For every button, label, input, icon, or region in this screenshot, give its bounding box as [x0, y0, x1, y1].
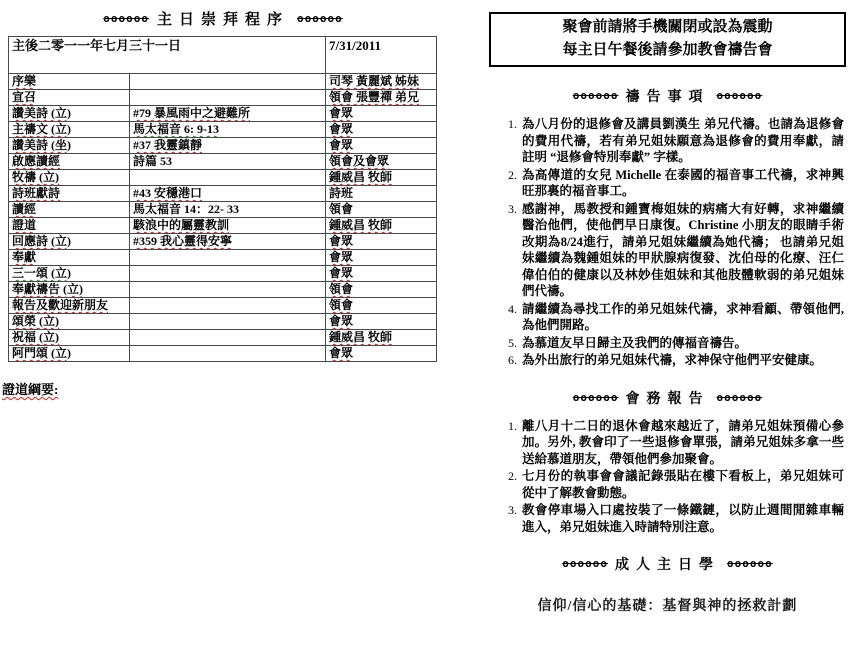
cell-item: 奉獻 [9, 250, 130, 266]
cell-detail [130, 74, 326, 90]
section-heading: oooooo禱告事項oooooo [489, 86, 846, 106]
cell-detail [130, 314, 326, 330]
cell-detail: #37 我靈鎮靜 [130, 138, 326, 154]
program-rows: 主後二零一一年七月三十一日 7/31/2011 序樂司琴 黃麗斌 姊妹宣召領會 … [9, 37, 437, 362]
cell-detail [130, 346, 326, 362]
table-row: 牧禱 (立)鍾威昌 牧師 [9, 170, 437, 186]
notice-line-1: 聚會前請將手機關閉或設為震動 [493, 16, 842, 39]
cell-item: 阿門頌 (立) [9, 346, 130, 362]
chain-ornament-icon: oooooo [562, 557, 608, 570]
chain-ornament-icon: oooooo [573, 391, 619, 404]
cell-who: 領會及會眾 [326, 154, 437, 170]
chain-ornament-icon: oooooo [717, 89, 763, 102]
cell-item: 序樂 [9, 74, 130, 90]
cell-who: 會眾 [326, 314, 437, 330]
cell-detail: #79 暴風雨中之避難所 [130, 106, 326, 122]
cell-detail [130, 298, 326, 314]
cell-who: 會眾 [326, 346, 437, 362]
cell-detail: 馬太福音 6: 9-13 [130, 122, 326, 138]
chain-ornament-icon: oooooo [717, 391, 763, 404]
program-title-row: oooooo主日崇拜程序oooooo [8, 8, 438, 29]
table-row: 詩班獻詩#43 安穩港口詩班 [9, 186, 437, 202]
cell-item: 啟應讀經 [9, 154, 130, 170]
table-row: 頌榮 (立)會眾 [9, 314, 437, 330]
table-row: 宣召領會 張豐禪 弟兄 [9, 90, 437, 106]
table-row: 報告及歡迎新朋友領會 [9, 298, 437, 314]
table-row: 證道駭浪中的屬靈教訓鍾威昌 牧師 [9, 218, 437, 234]
announcements-panel: 聚會前請將手機關閉或設為震動 每主日午餐後請參加教會禱告會 oooooo禱告事項… [489, 12, 846, 615]
cell-detail: 馬太福音 14：22- 33 [130, 202, 326, 218]
cell-who: 會眾 [326, 250, 437, 266]
program-title: 主日崇拜程序 [157, 12, 289, 28]
list-item: 為慕道友早日歸主及我們的傳福音禱告。 [520, 335, 844, 352]
notice-line-2: 每主日午餐後請參加教會禱告會 [493, 39, 842, 62]
cell-item: 宣召 [9, 90, 130, 106]
cell-item: 牧禱 (立) [9, 170, 130, 186]
cell-who: 司琴 黃麗斌 姊妹 [326, 74, 437, 90]
chain-ornament-icon: oooooo [727, 557, 773, 570]
chain-ornament-icon: oooooo [573, 89, 619, 102]
cell-who: 會眾 [326, 106, 437, 122]
cell-item: 回應詩 (立) [9, 234, 130, 250]
cell-who: 領會 [326, 202, 437, 218]
cell-who: 會眾 [326, 234, 437, 250]
list-item: 為八月份的退修會及講員劉漢生 弟兄代禱。也請為退修會的費用代禱，若有弟兄姐妹願意… [520, 116, 844, 166]
list-item: 離八月十二日的退休會越來越近了，請弟兄姐妹預備心參加。另外, 教會印了一些退修會… [520, 418, 844, 468]
section-list: 離八月十二日的退休會越來越近了，請弟兄姐妹預備心參加。另外, 教會印了一些退修會… [489, 418, 846, 536]
cell-detail [130, 90, 326, 106]
cell-detail [130, 266, 326, 282]
section-heading: oooooo成人主日學oooooo [489, 554, 846, 574]
list-item: 請繼續為尋找工作的弟兄姐妹代禱，求神看顧、帶領他們, 為他們開路。 [520, 301, 844, 334]
list-item: 感謝神，馬教授和鍾寶梅姐妹的病痛大有好轉，求神繼續醫治他們，使他們早日康復。Ch… [520, 201, 844, 300]
cell-item: 詩班獻詩 [9, 186, 130, 202]
cell-who: 領會 [326, 298, 437, 314]
cell-who: 詩班 [326, 186, 437, 202]
right-sections: oooooo禱告事項oooooo為八月份的退修會及講員劉漢生 弟兄代禱。也請為退… [489, 86, 846, 615]
cell-item: 祝福 (立) [9, 330, 130, 346]
cell-detail: 詩篇 53 [130, 154, 326, 170]
table-row: 啟應讀經詩篇 53領會及會眾 [9, 154, 437, 170]
cell-who: 會眾 [326, 138, 437, 154]
sermon-outline-label: 證道綱要: [2, 379, 438, 398]
cell-item: 主禱文 (立) [9, 122, 130, 138]
cell-item: 讚美詩 (坐) [9, 138, 130, 154]
table-row: 三一頌 (立)會眾 [9, 266, 437, 282]
section-title: 禱告事項 [626, 90, 710, 105]
sunday-school-topic: 信仰/信心的基礎：基督與神的拯救計劃 [489, 595, 846, 615]
cell-item: 讚美詩 (立) [9, 106, 130, 122]
cell-who: 會眾 [326, 122, 437, 138]
chain-ornament-icon: oooooo [297, 12, 343, 25]
table-row: 阿門頌 (立)會眾 [9, 346, 437, 362]
bulletin-page: oooooo主日崇拜程序oooooo 主後二零一一年七月三十一日 7/31/20… [0, 0, 851, 651]
cell-detail [130, 170, 326, 186]
cell-who: 鍾威昌 牧師 [326, 170, 437, 186]
cell-item: 讀經 [9, 202, 130, 218]
table-row: 祝福 (立)鍾威昌 牧師 [9, 330, 437, 346]
cell-detail [130, 250, 326, 266]
chain-ornament-icon: oooooo [103, 12, 149, 25]
table-row: 主禱文 (立)馬太福音 6: 9-13會眾 [9, 122, 437, 138]
table-row: 回應詩 (立)#359 我心靈得安寧會眾 [9, 234, 437, 250]
notice-box: 聚會前請將手機關閉或設為震動 每主日午餐後請參加教會禱告會 [489, 12, 846, 67]
section-heading: oooooo會務報告oooooo [489, 388, 846, 408]
list-item: 為外出旅行的弟兄姐妹代禱，求神保守他們平安健康。 [520, 352, 844, 369]
table-row: 序樂司琴 黃麗斌 姊妹 [9, 74, 437, 90]
table-row: 讚美詩 (坐)#37 我靈鎮靜會眾 [9, 138, 437, 154]
cell-who: 會眾 [326, 266, 437, 282]
section-list: 為八月份的退修會及講員劉漢生 弟兄代禱。也請為退修會的費用代禱，若有弟兄姐妹願意… [489, 116, 846, 369]
list-item: 七月份的執事會會議記錄張貼在樓下看板上，弟兄姐妹可從中了解教會動態。 [520, 468, 844, 501]
list-item: 教會停車場入口處按裝了一條鐵鏈，以防止週間閒雜車輛進入，弟兄姐妹進入時請特別注意… [520, 502, 844, 535]
cell-item: 證道 [9, 218, 130, 234]
section-title: 成人主日學 [615, 558, 720, 573]
cell-detail: #43 安穩港口 [130, 186, 326, 202]
cell-detail [130, 282, 326, 298]
cell-who: 鍾威昌 牧師 [326, 330, 437, 346]
cell-detail: #359 我心靈得安寧 [130, 234, 326, 250]
table-row: 讚美詩 (立)#79 暴風雨中之避難所會眾 [9, 106, 437, 122]
date-english-cell: 7/31/2011 [326, 37, 437, 74]
table-header-row: 主後二零一一年七月三十一日 7/31/2011 [9, 37, 437, 74]
cell-item: 三一頌 (立) [9, 266, 130, 282]
table-row: 奉獻會眾 [9, 250, 437, 266]
cell-item: 奉獻禱告 (立) [9, 282, 130, 298]
cell-detail: 駭浪中的屬靈教訓 [130, 218, 326, 234]
cell-who: 鍾威昌 牧師 [326, 218, 437, 234]
table-row: 讀經馬太福音 14：22- 33領會 [9, 202, 437, 218]
list-item: 為高傳道的女兒 Michelle 在泰國的福音事工代禱，求神興旺那裏的福音事工。 [520, 167, 844, 200]
date-chinese-cell: 主後二零一一年七月三十一日 [9, 37, 326, 74]
cell-who: 領會 [326, 282, 437, 298]
program-table: 主後二零一一年七月三十一日 7/31/2011 序樂司琴 黃麗斌 姊妹宣召領會 … [8, 36, 437, 362]
cell-item: 報告及歡迎新朋友 [9, 298, 130, 314]
cell-who: 領會 張豐禪 弟兄 [326, 90, 437, 106]
cell-detail [130, 330, 326, 346]
section-title: 會務報告 [626, 392, 710, 407]
cell-item: 頌榮 (立) [9, 314, 130, 330]
worship-program-panel: oooooo主日崇拜程序oooooo 主後二零一一年七月三十一日 7/31/20… [8, 6, 438, 398]
table-row: 奉獻禱告 (立)領會 [9, 282, 437, 298]
